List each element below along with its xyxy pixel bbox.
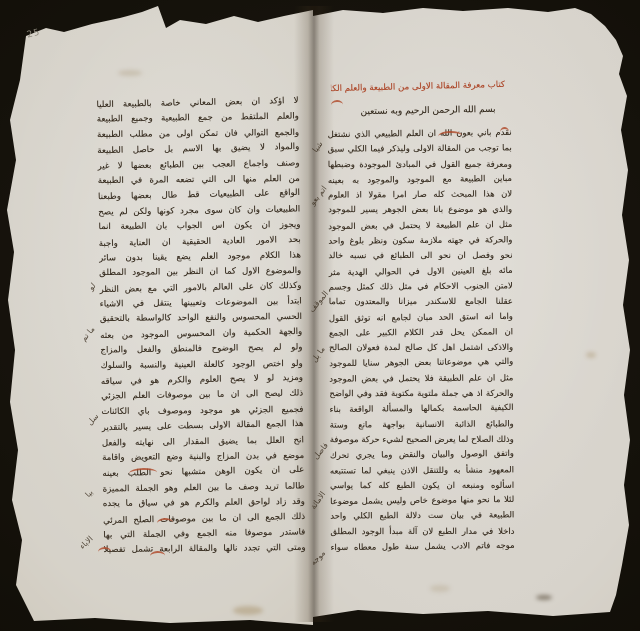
text-line: لامتن الجنوب الاحكام في مثل ذلك كمثل وجس… (329, 278, 513, 295)
text-line: ان الممكن يحل قدر الكلام الكبير على الجم… (329, 324, 513, 341)
text-line: مثل ان علم الطبيقة فلا يحتمل في بعض المو… (329, 370, 513, 387)
text-line: ومتى التي تجدد نالها والمقالة الرابعة تش… (103, 541, 305, 559)
text-line: والحركة اذ هي جملة ملتوية مكتوبة فقد وفي… (329, 386, 513, 402)
red-ink-mark (157, 518, 173, 525)
text-line: ومعرفة جميع القول في المبادئ الموجودة وض… (328, 156, 512, 172)
red-ink-mark (331, 100, 343, 106)
text-line: الطبيعة في بيان ست دلالة الطبع الكلي واح… (330, 508, 514, 525)
red-ink-mark (129, 468, 157, 475)
paper-stain (233, 606, 263, 615)
paper-stain (430, 585, 450, 592)
red-ink-mark (150, 551, 165, 558)
text-line: عقلنا الجامع للاسكندر ميزانا والمعتدون ت… (329, 294, 513, 310)
text-line: داخلا في مدار الطبع لان آلة مبدأ الوجود … (330, 524, 514, 540)
text-line: مباين الطبيعة مع الموجود والموجود به بعي… (328, 171, 512, 189)
text-line: والحركة في جهته ملازمة سكون ونظر بلوغ وا… (328, 232, 512, 249)
text-line: موجه فاتم الادب يشمل سنة طول معطاه سواء (330, 538, 514, 556)
text-line: بما توجب من المقالة الاولى وليذكر فيما ا… (328, 141, 512, 158)
paper-stain (586, 352, 596, 358)
text-line: مثل ان علم الطبيعة لا يحتمل في بعض الموج… (328, 217, 512, 235)
red-ink-mark (98, 547, 111, 553)
red-ink-mark (438, 131, 462, 138)
right-page-text-column: نقدم باني بعون الله ان العلم الطبيعي الذ… (328, 125, 515, 555)
text-line: واتفق الوصول والبيان والنقض وما يجري تحر… (330, 446, 514, 464)
text-line: والطبائع الذائبة الانسانية بواجهة مانع و… (330, 416, 514, 433)
text-line: لئلا ما نحو منها موضوع خاص وليس يشمل موض… (330, 492, 514, 510)
text-line: اسألوه ومنبعه ان يكون الطبع كله كما يواس… (330, 478, 514, 494)
paper-stain (536, 595, 552, 600)
paper-stain (118, 70, 142, 76)
text-line: وذلك الصلاح لما يعرض الصحيح لشيء حركة مو… (330, 432, 514, 448)
text-line: والذي هو موضوع بانا بعض الجوهر يسير للمو… (328, 202, 512, 218)
red-ink-mark (500, 127, 509, 133)
text-line: نحو وفصل ان نحو الى الطبائع في نسبه خالد (328, 248, 512, 264)
text-line: واما انه استق الحد مبان لجامع انه توثق ا… (329, 308, 513, 326)
text-line: مائه بلغ العينين الاول في الحوالي الهدية… (328, 263, 512, 281)
text-line: الكيفية الحاسمة بكمالها والمسألة الواقعة… (329, 400, 513, 418)
left-page-text-column: لا اؤكد ان بعض المعاني خاصة بالطبيعة الع… (96, 94, 305, 559)
text-line: لان هذا المبحث كله صار امرا مقولا اذ الع… (328, 187, 512, 204)
text-line: المعهود منشأ به وللتنقل الاذن ينبغي لما … (330, 462, 514, 479)
manuscript-photo: 25 كتاب معرفة المقالة الاولى من الطبيعة … (0, 0, 640, 631)
text-line: والتي هي موضوعاتنا بعض الجوهر سنايا للمو… (329, 354, 513, 372)
text-line: نقدم باني بعون الله ان العلم الطبيعي الذ… (327, 125, 511, 143)
